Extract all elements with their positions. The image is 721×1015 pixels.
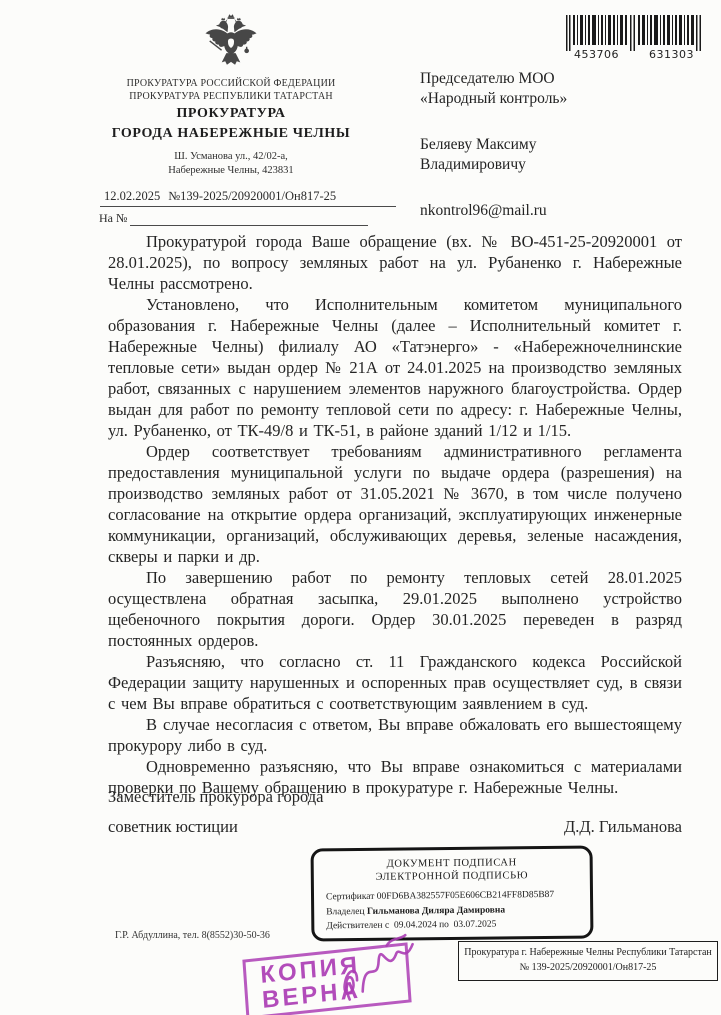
doc-number: №139-2025/20920001/Он817-25 [168,189,336,203]
addressee-name-line1: Беляеву Максиму [420,135,567,155]
barcode-digits-right: 631303 [649,48,694,61]
addressee-name-line2: Владимировичу [420,155,567,175]
signatory-position-line2: советник юстиции [108,817,238,837]
addressee-block: Председателю МОО «Народный контроль» Бел… [420,69,567,221]
registry-stamp: Прокуратура г. Набережные Челны Республи… [458,941,718,981]
body-paragraph: В случае несогласия с ответом, Вы вправе… [108,714,682,756]
reply-ref-label: На № [99,211,127,226]
org-federation-line: ПРОКУРАТУРА РОССИЙСКОЙ ФЕДЕРАЦИИ [87,78,375,91]
signature-row: советник юстиции Д.Д. Гильманова [108,817,682,837]
esign-title-line2: ЭЛЕКТРОННОЙ ПОДПИСЬЮ [326,869,578,885]
signatory-name: Д.Д. Гильманова [564,817,682,837]
outgoing-ref-line: 12.02.2025№139-2025/20920001/Он817-25 [100,189,396,207]
tracking-barcode: 453706 631303 [559,15,709,61]
org-republic-line: ПРОКУРАТУРА РЕСПУБЛИКИ ТАТАРСТАН [87,91,375,104]
body-paragraph: Ордер соответствует требованиям админист… [108,441,682,567]
body-paragraph: Установлено, что Исполнительным комитето… [108,294,682,441]
doc-date: 12.02.2025 [104,189,160,203]
signatory-position-line1: Заместитель прокурора города [108,787,323,807]
copy-verna-stamp: КОПИЯ ВЕРНА [242,942,411,1015]
addressee-org-line2: «Народный контроль» [420,89,567,109]
letterhead: ПРОКУРАТУРА РОССИЙСКОЙ ФЕДЕРАЦИИ ПРОКУРА… [87,78,375,177]
registry-number: № 139-2025/20920001/Он817-25 [462,961,714,974]
registry-org: Прокуратура г. Набережные Челны Республи… [462,946,714,959]
scanned-letter-page: ПРОКУРАТУРА РОССИЙСКОЙ ФЕДЕРАЦИИ ПРОКУРА… [0,0,721,1015]
esign-certificate-line: Сертификат 00FD6BA382557F05E606CB214FF8D… [326,888,578,905]
esign-stamp: ДОКУМЕНТ ПОДПИСАН ЭЛЕКТРОННОЙ ПОДПИСЬЮ С… [311,846,594,942]
addressee-email: nkontrol96@mail.ru [420,201,567,221]
reply-ref-line: На № [99,211,368,226]
org-name-line1: ПРОКУРАТУРА [87,105,375,123]
esign-owner-name: Гильманова Диляра Дамировна [367,905,505,916]
executor-note: Г.Р. Абдуллина, тел. 8(8552)30-50-36 [115,930,270,941]
letter-body: Прокуратурой города Ваше обращение (вх. … [108,231,682,798]
esign-valid-to: 03.07.2025 [454,920,497,930]
esign-valid-from: 09.04.2024 [394,920,437,930]
body-paragraph: Прокуратурой города Ваше обращение (вх. … [108,231,682,294]
reply-ref-blank [130,212,368,226]
body-paragraph: Разъясняю, что согласно ст. 11 Гражданск… [108,651,682,714]
esign-validity-line: Действителен с 09.04.2024 по 03.07.2025 [326,917,578,934]
russian-coat-of-arms-icon [202,11,260,75]
esign-certificate-value: 00FD6BA382557F05E606CB214FF8D85B87 [377,890,554,902]
org-address-street: Ш. Усманова ул., 42/02-а, [87,150,375,163]
addressee-org-line1: Председателю МОО [420,69,567,89]
org-address-city: Набережные Челны, 423831 [87,164,375,177]
org-name-line2: ГОРОДА НАБЕРЕЖНЫЕ ЧЕЛНЫ [87,125,375,143]
body-paragraph: По завершению работ по ремонту тепловых … [108,567,682,651]
barcode-digits-left: 453706 [574,48,619,61]
